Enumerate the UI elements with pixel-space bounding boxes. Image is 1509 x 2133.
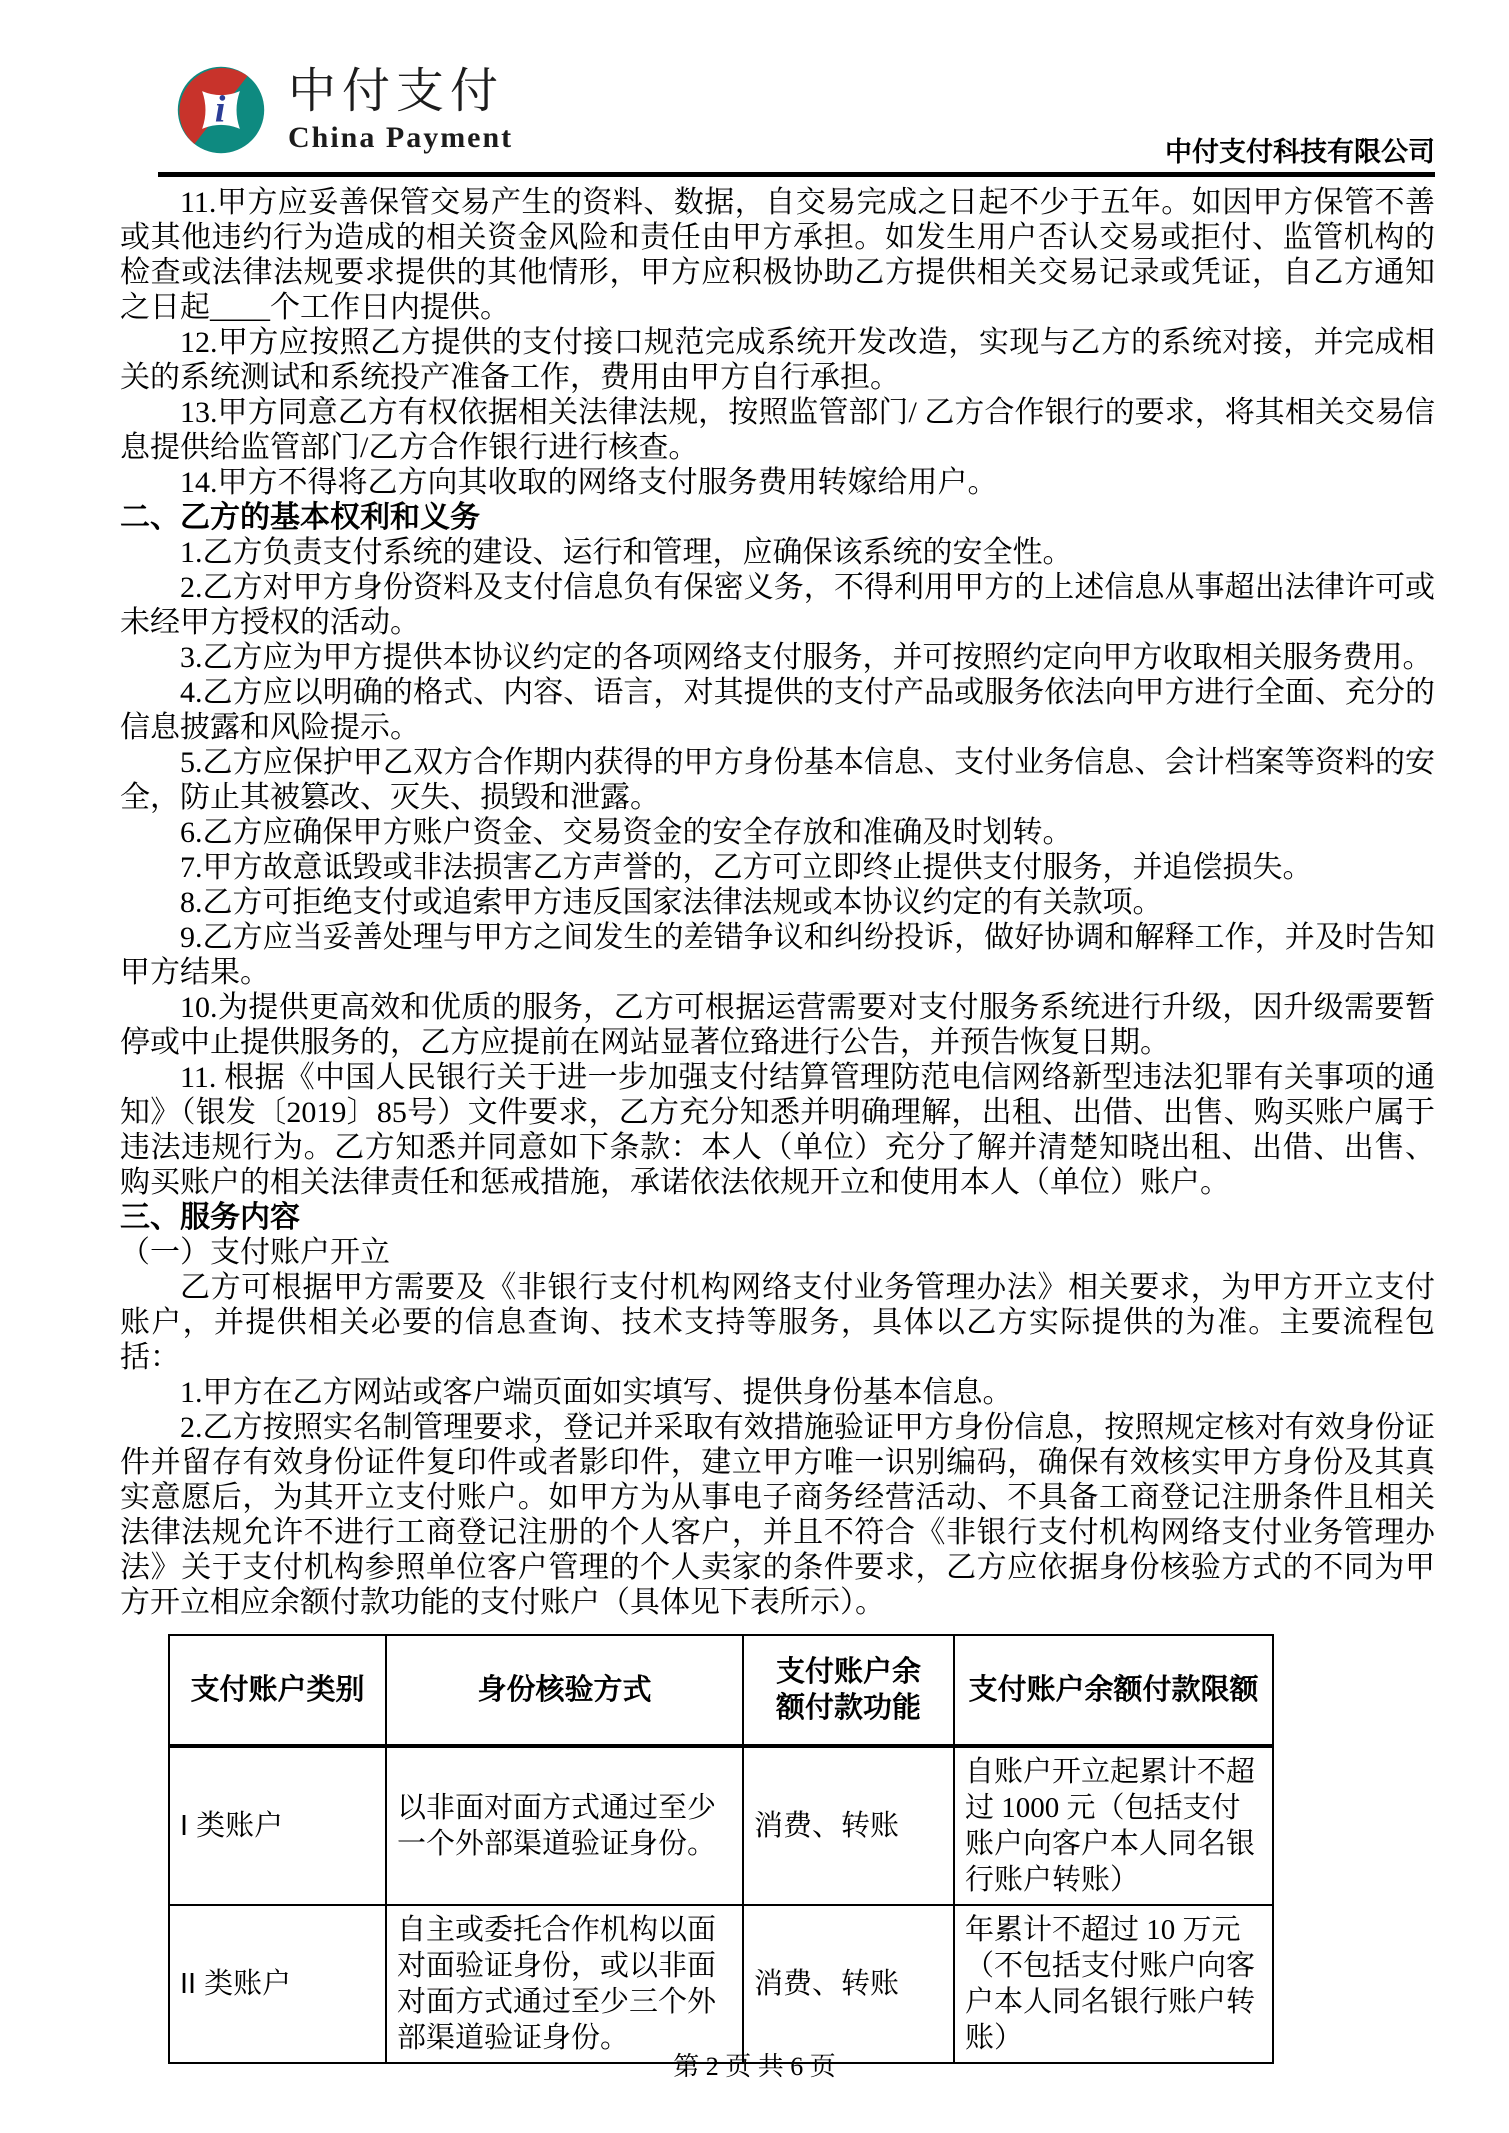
section-2-item-2: 2.乙方对甲方身份资料及支付信息负有保密义务，不得利用甲方的上述信息从事超出法律… — [120, 570, 1435, 640]
table-header-row: 支付账户类别 身份核验方式 支付账户余 额付款功能 支付账户余额付款限额 — [169, 1635, 1273, 1746]
section-2-item-11: 11. 根据《中国人民银行关于进一步加强支付结算管理防范电信网络新型违法犯罪有关… — [120, 1060, 1435, 1200]
balance-function-cell: 消费、转账 — [743, 1746, 954, 1905]
document-body: 11.甲方应妥善保管交易产生的资料、数据，自交易完成之日起不少于五年。如因甲方保… — [120, 185, 1435, 2064]
section-2-heading: 二、乙方的基本权利和义务 — [120, 500, 1435, 535]
china-payment-logo-icon: i — [176, 65, 266, 155]
section-3-heading: 三、服务内容 — [120, 1200, 1435, 1235]
contract-document-page: i 中付支付 China Payment 中付支付科技有限公司 11.甲方应妥善… — [0, 0, 1509, 2133]
section-3-item-1: 1.甲方在乙方网站或客户端页面如实填写、提供身份基本信息。 — [120, 1375, 1435, 1410]
verification-method-cell: 自主或委托合作机构以面对面验证身份，或以非面对面方式通过至少三个外部渠道验证身份… — [386, 1905, 743, 2063]
page-header: i 中付支付 China Payment 中付支付科技有限公司 — [120, 0, 1435, 177]
table-row-type-2: II 类账户 自主或委托合作机构以面对面验证身份，或以非面对面方式通过至少三个外… — [169, 1905, 1273, 2063]
col-header-identity-verification: 身份核验方式 — [386, 1635, 743, 1746]
page-footer: 第 2 页 共 6 页 — [0, 2052, 1509, 2082]
section-3-subheading: （一）支付账户开立 — [120, 1235, 1435, 1270]
page-number: 第 2 页 共 6 页 — [673, 2052, 836, 2081]
verification-method-cell: 以非面对面方式通过至少一个外部渠道验证身份。 — [386, 1746, 743, 1905]
section-2-item-7: 7.甲方故意诋毁或非法损害乙方声誉的，乙方可立即终止提供支付服务，并追偿损失。 — [120, 850, 1435, 885]
section-2-item-8: 8.乙方可拒绝支付或追索甲方违反国家法律法规或本协议约定的有关款项。 — [120, 885, 1435, 920]
header-divider — [158, 172, 1435, 177]
clause-12: 12.甲方应按照乙方提供的支付接口规范完成系统开发改造，实现与乙方的系统对接，并… — [120, 325, 1435, 395]
section-2-item-1: 1.乙方负责支付系统的建设、运行和管理，应确保该系统的安全性。 — [120, 535, 1435, 570]
col-header-balance-function: 支付账户余 额付款功能 — [743, 1635, 954, 1746]
account-type-cell: I 类账户 — [169, 1746, 386, 1905]
payment-account-table: 支付账户类别 身份核验方式 支付账户余 额付款功能 支付账户余额付款限额 I 类… — [168, 1634, 1274, 2064]
clause-13: 13.甲方同意乙方有权依据相关法律法规，按照监管部门/ 乙方合作银行的要求，将其… — [120, 395, 1435, 465]
section-2-item-4: 4.乙方应以明确的格式、内容、语言，对其提供的支付产品或服务依法向甲方进行全面、… — [120, 675, 1435, 745]
logo-chinese-name: 中付支付 — [288, 64, 513, 119]
section-3-intro: 乙方可根据甲方需要及《非银行支付机构网络支付业务管理办法》相关要求，为甲方开立支… — [120, 1270, 1435, 1375]
balance-limit-cell: 年累计不超过 10 万元（不包括支付账户向客户本人同名银行账户转账） — [954, 1905, 1273, 2063]
logo-english-name: China Payment — [288, 121, 513, 155]
col-header-balance-limit: 支付账户余额付款限额 — [954, 1635, 1273, 1746]
balance-limit-cell: 自账户开立起累计不超过 1000 元（包括支付账户向客户本人同名银行账户转账） — [954, 1746, 1273, 1905]
section-2-item-9: 9.乙方应当妥善处理与甲方之间发生的差错争议和纠纷投诉，做好协调和解释工作，并及… — [120, 920, 1435, 990]
section-2-item-5: 5.乙方应保护甲乙双方合作期内获得的甲方身份基本信息、支付业务信息、会计档案等资… — [120, 745, 1435, 815]
account-type-cell: II 类账户 — [169, 1905, 386, 2063]
clause-11: 11.甲方应妥善保管交易产生的资料、数据，自交易完成之日起不少于五年。如因甲方保… — [120, 185, 1435, 325]
balance-function-cell: 消费、转账 — [743, 1905, 954, 2063]
logo-wordmark: 中付支付 China Payment — [288, 64, 513, 155]
section-2-item-3: 3.乙方应为甲方提供本协议约定的各项网络支付服务，并可按照约定向甲方收取相关服务… — [120, 640, 1435, 675]
section-2-item-6: 6.乙方应确保甲方账户资金、交易资金的安全存放和准确及时划转。 — [120, 815, 1435, 850]
section-2-item-10: 10.为提供更高效和优质的服务，乙方可根据运营需要对支付服务系统进行升级，因升级… — [120, 990, 1435, 1060]
section-3-item-2: 2.乙方按照实名制管理要求，登记并采取有效措施验证甲方身份信息，按照规定核对有效… — [120, 1410, 1435, 1620]
clause-14: 14.甲方不得将乙方向其收取的网络支付服务费用转嫁给用户。 — [120, 465, 1435, 500]
svg-text:i: i — [215, 88, 226, 130]
col-header-account-type: 支付账户类别 — [169, 1635, 386, 1746]
table-row-type-1: I 类账户 以非面对面方式通过至少一个外部渠道验证身份。 消费、转账 自账户开立… — [169, 1746, 1273, 1905]
